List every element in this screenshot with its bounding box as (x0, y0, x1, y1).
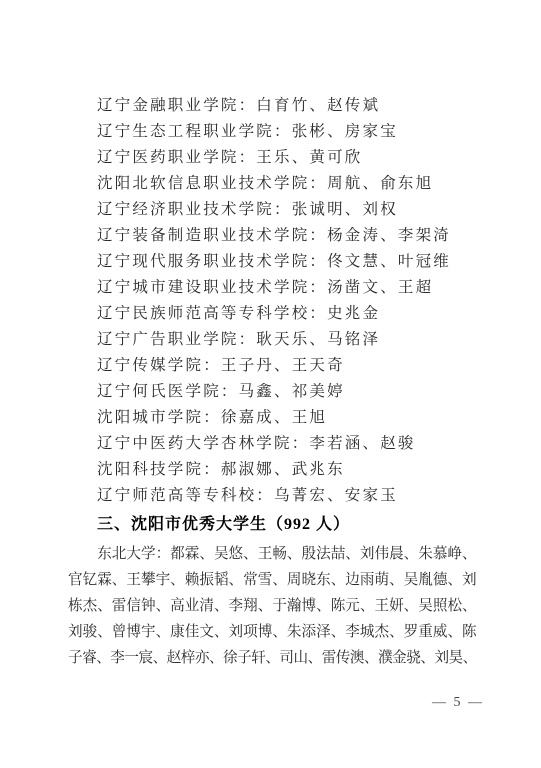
section-heading: 三、沈阳市优秀大学生（992 人） (97, 511, 350, 534)
school-award-line: 辽宁生态工程职业学院：张彬、房家宝 (97, 119, 451, 145)
school-award-line: 沈阳科技学院：郝淑娜、武兆东 (97, 457, 451, 483)
school-award-line: 辽宁传媒学院：王子丹、王天奇 (97, 353, 451, 379)
students-paragraph-line: 刘骏、曾博宇、康佳文、刘项博、朱添泽、李城杰、罗重威、陈 (68, 619, 482, 645)
school-award-line: 辽宁中医药大学杏林学院：李若涵、赵骏 (97, 431, 451, 457)
school-award-line: 辽宁医药职业学院：王乐、黄可欣 (97, 145, 451, 171)
students-paragraph-line: 子睿、李一宸、赵梓亦、徐子轩、司山、雷传澳、濮金骁、刘昊、 (68, 645, 482, 671)
school-award-line: 辽宁经济职业技术学院：张诚明、刘权 (97, 197, 451, 223)
school-award-line: 辽宁现代服务职业技术学院：佟文慧、叶冠维 (97, 249, 451, 275)
students-paragraph-line: 东北大学：都霖、吴悠、王畅、殷法喆、刘伟晨、朱慕峥、 (68, 541, 482, 567)
students-paragraph-line: 官钇霖、王攀宇、赖振韬、常雪、周晓东、边雨萌、吴胤德、刘 (68, 567, 482, 593)
school-award-line: 辽宁师范高等专科校：乌菁宏、安家玉 (97, 483, 451, 509)
school-award-line: 辽宁何氏医学院：马鑫、祁美婷 (97, 379, 451, 405)
school-award-line: 沈阳城市学院：徐嘉成、王旭 (97, 405, 451, 431)
school-award-line: 辽宁金融职业学院：白育竹、赵传斌 (97, 93, 451, 119)
students-paragraph: 东北大学：都霖、吴悠、王畅、殷法喆、刘伟晨、朱慕峥、官钇霖、王攀宇、赖振韬、常雪… (68, 541, 482, 671)
school-award-line: 辽宁装备制造职业技术学院：杨金涛、李架渏 (97, 223, 451, 249)
document-page: 辽宁金融职业学院：白育竹、赵传斌辽宁生态工程职业学院：张彬、房家宝辽宁医药职业学… (0, 0, 541, 768)
school-award-line: 辽宁城市建设职业技术学院：汤凿文、王超 (97, 275, 451, 301)
school-award-line: 辽宁广告职业学院：耿天乐、马铭泽 (97, 327, 451, 353)
students-paragraph-line: 栋杰、雷信钟、高业清、李翔、于瀚博、陈元、王妍、吴照松、 (68, 593, 482, 619)
school-award-line: 沈阳北软信息职业技术学院：周航、俞东旭 (97, 171, 451, 197)
school-award-line: 辽宁民族师范高等专科学校：史兆金 (97, 301, 451, 327)
school-award-list: 辽宁金融职业学院：白育竹、赵传斌辽宁生态工程职业学院：张彬、房家宝辽宁医药职业学… (97, 93, 451, 509)
page-number: — 5 — (413, 695, 503, 711)
